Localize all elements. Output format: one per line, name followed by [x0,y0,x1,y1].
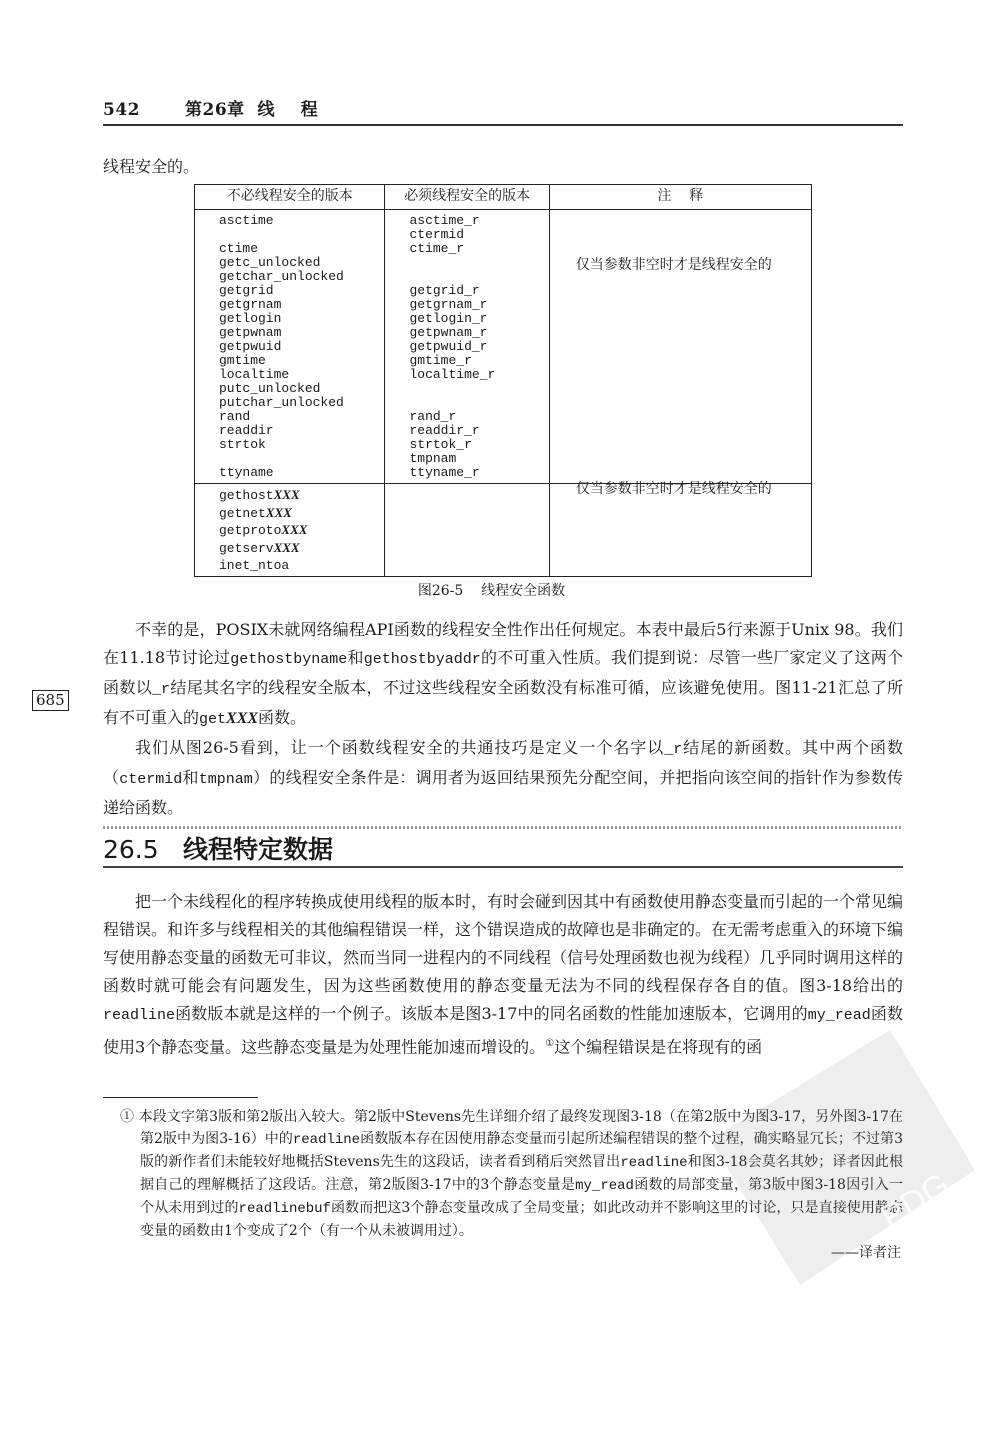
function-name: strtok [219,438,384,452]
paragraph-posix: 不幸的是，POSIX未就网络编程API函数的线程安全性作出任何规定。本表中最后5… [103,616,903,734]
lead-text: 线程安全的。 [103,154,199,177]
thread-safe-function-name [409,382,548,396]
function-name: getlogin [219,312,384,326]
function-name [219,452,384,466]
thread-safe-function-name: getlogin_r [409,312,548,326]
function-name: gmtime [219,354,384,368]
thread-safe-functions-table: 不必线程安全的版本 必须线程安全的版本 注 释 asctimectimegetc… [194,184,812,577]
footnote-marker[interactable]: ① [545,1038,554,1049]
header-thread-safe: 必须线程安全的版本 [385,185,549,210]
header-notes: 注 释 [549,185,811,210]
thread-safe-function-name: ctermid [409,228,548,242]
thread-safe-function-name [409,256,548,270]
function-name: ctime [219,242,384,256]
thread-safe-function-name: getgrid_r [409,284,548,298]
function-name: getgrnam [219,298,384,312]
thread-safe-function-name: strtok_r [409,438,548,452]
function-name: putchar_unlocked [219,396,384,410]
running-header: 542第26章 线 程 [103,95,318,120]
thread-safe-function-name: getpwuid_r [409,340,548,354]
function-name: getgrid [219,284,384,298]
figure-caption: 图26-5 线程安全函数 [0,580,983,600]
thread-safe-function-name [409,396,548,410]
thread-safe-function-name: getpwnam_r [409,326,548,340]
table-group-1: asctimectimegetc_unlockedgetchar_unlocke… [195,210,812,484]
section-bottom-rule [103,866,903,868]
thread-safe-function-name: ctime_r [409,242,548,256]
chapter-title: 第26章 线 程 [185,95,318,120]
thread-safe-function-name: ttyname_r [409,466,548,480]
note-tmpnam: 仅当参数非空时才是线程安全的 [576,478,772,498]
thread-safe-function-name: rand_r [409,410,548,424]
thread-safe-function-name: tmpnam [409,452,548,466]
thread-safe-function-name: gmtime_r [409,354,548,368]
function-name: getc_unlocked [219,256,384,270]
function-name: localtime [219,368,384,382]
network-function-name: getnetXXX [219,504,384,522]
network-function-name: getservXXX [219,539,384,557]
thread-safe-function-name: asctime_r [409,214,548,228]
function-name: putc_unlocked [219,382,384,396]
header-rule [103,124,903,126]
body-text-block-1: 不幸的是，POSIX未就网络编程API函数的线程安全性作出任何规定。本表中最后5… [103,616,903,822]
network-function-name: inet_ntoa [219,556,384,574]
table-header-row: 不必线程安全的版本 必须线程安全的版本 注 释 [195,185,812,210]
section-heading: 26.5线程特定数据 [103,830,333,866]
thread-safe-list: asctime_rctermidctime_rgetgrid_rgetgrnam… [385,210,548,480]
function-name: ttyname [219,466,384,480]
function-name: asctime [219,214,384,228]
network-function-name: gethostXXX [219,486,384,504]
margin-page-reference: 685 [32,690,69,711]
watermark-stamp-icon: PDG [690,1020,980,1290]
paragraph-r-suffix: 我们从图26-5看到，让一个函数线程安全的共通技巧是定义一个名字以_r结尾的新函… [103,734,903,822]
function-name: getpwuid [219,340,384,354]
non-thread-safe-list: asctimectimegetc_unlockedgetchar_unlocke… [195,210,384,483]
function-name [219,228,384,242]
section-top-rule [103,826,903,829]
thread-safe-function-name [409,270,548,284]
function-name: getpwnam [219,326,384,340]
section-title: 线程特定数据 [183,835,333,864]
function-name: rand [219,410,384,424]
header-non-thread-safe: 不必线程安全的版本 [195,185,385,210]
thread-safe-function-name: getgrnam_r [409,298,548,312]
function-name: getchar_unlocked [219,270,384,284]
function-name: readdir [219,424,384,438]
thread-safe-function-name: readdir_r [409,424,548,438]
network-function-name: getprotoXXX [219,521,384,539]
page-number: 542 [103,100,185,120]
thread-safe-function-name: localtime_r [409,368,548,382]
section-number: 26.5 [103,835,183,864]
note-ctermid: 仅当参数非空时才是线程安全的 [576,254,772,274]
network-function-list: gethostXXXgetnetXXXgetprotoXXXgetservXXX… [195,484,384,576]
footnote-rule [103,1097,258,1098]
